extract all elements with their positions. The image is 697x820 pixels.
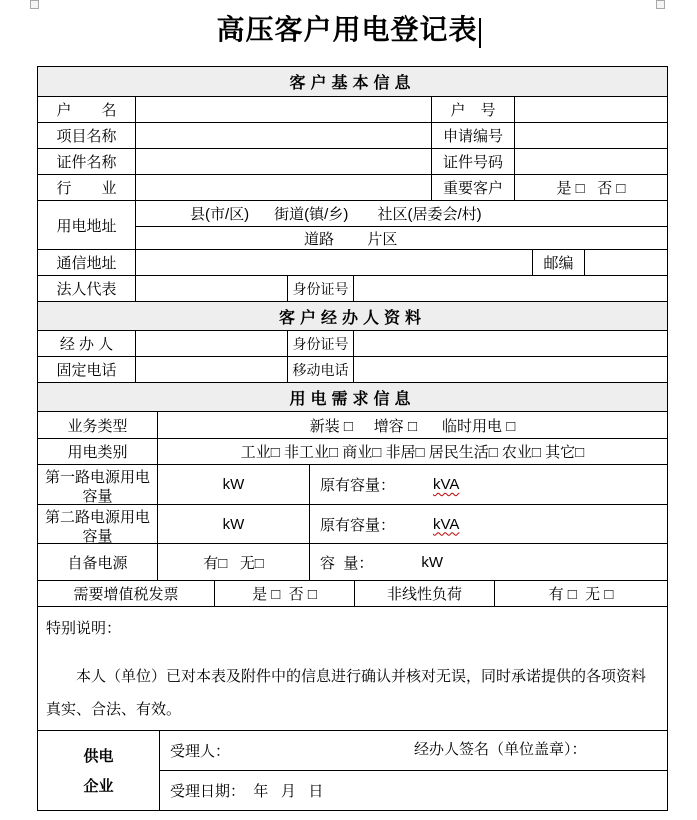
label-electricity-category: 用电类别 (38, 439, 158, 464)
label-nonlinear-load: 非线性负荷 (355, 581, 495, 606)
label-power-supply-line1: 供电 (83, 745, 113, 766)
input-certificate-name[interactable] (136, 149, 432, 174)
label-customer-number: 户 号 (432, 97, 515, 122)
input-customer-number[interactable] (515, 97, 667, 122)
label-original-capacity: 原有容量： (320, 474, 395, 495)
input-address-road-area[interactable]: 道路 片区 (136, 227, 667, 249)
label-mobile-phone: 移动电话 (288, 357, 354, 382)
input-first-source-kw[interactable]: kW (158, 465, 310, 504)
label-legal-representative: 法人代表 (38, 276, 136, 301)
registration-form-table: 客户基本信息 户 名 户 号 项目名称 申请编号 证件名称 证件号码 行 业 重… (37, 66, 668, 811)
input-zip-code[interactable] (585, 250, 667, 275)
input-legal-representative[interactable] (136, 276, 288, 301)
table-row: 法人代表 身份证号 (38, 276, 667, 302)
table-row: 第一路电源用电容量 kW 原有容量： kVA (38, 465, 667, 505)
section-header-basic-info: 客户基本信息 (38, 67, 667, 97)
label-original-capacity: 原有容量： (320, 514, 395, 535)
table-row: 户 名 户 号 (38, 97, 667, 123)
label-industry: 行 业 (38, 175, 136, 200)
acceptance-section: 供电 企业 受理人： 受理日期： 年 月 日 (38, 731, 667, 811)
input-landline-phone[interactable] (136, 357, 288, 382)
acceptance-fields: 受理人： 受理日期： 年 月 日 (160, 731, 667, 810)
second-source-original-capacity[interactable]: 原有容量： kVA (310, 505, 667, 543)
label-capacity: 容 量： (320, 552, 373, 573)
label-project-name: 项目名称 (38, 123, 136, 148)
table-row: 用电地址 县(市/区) 街道(镇/乡) 社区(居委会/村) 道路 片区 (38, 201, 667, 250)
label-agent-name: 经 办 人 (38, 331, 136, 356)
input-mobile-phone[interactable] (354, 357, 667, 382)
label-power-supply-enterprise: 供电 企业 (38, 731, 160, 810)
table-row: 行 业 重要客户 是 □ 否 □ (38, 175, 667, 201)
label-certificate-number: 证件号码 (432, 149, 515, 174)
input-application-number[interactable] (515, 123, 667, 148)
input-mailing-address[interactable] (136, 250, 533, 275)
table-row: 第二路电源用电容量 kW 原有容量： kVA (38, 505, 667, 544)
label-second-power-source-capacity: 第二路电源用电容量 (38, 505, 158, 543)
label-self-provided-power: 自备电源 (38, 544, 158, 580)
input-certificate-number[interactable] (515, 149, 667, 174)
label-agent-id-number: 身份证号 (288, 331, 354, 356)
label-first-power-source-capacity: 第一路电源用电容量 (38, 465, 158, 504)
input-acceptor-name[interactable]: 受理人： (160, 731, 667, 771)
input-legal-id-number[interactable] (354, 276, 667, 301)
label-electricity-address: 用电地址 (38, 201, 136, 249)
checkbox-vat-invoice-yes-no[interactable]: 是 □ 否 □ (215, 581, 355, 606)
checkbox-nonlinear-load-yes-no[interactable]: 有 □ 无 □ (495, 581, 667, 606)
label-mailing-address: 通信地址 (38, 250, 136, 275)
label-vat-invoice-needed: 需要增值税发票 (38, 581, 215, 606)
label-certificate-name: 证件名称 (38, 149, 136, 174)
text-cursor (479, 18, 481, 48)
page-title: 高压客户用电登记表 (216, 8, 477, 48)
table-row: 固定电话 移动电话 (38, 357, 667, 383)
input-industry[interactable] (136, 175, 432, 200)
first-source-original-capacity[interactable]: 原有容量： kVA (310, 465, 667, 504)
electricity-address-fields: 县(市/区) 街道(镇/乡) 社区(居委会/村) 道路 片区 (136, 201, 667, 249)
table-row: 业务类型 新装 □ 增容 □ 临时用电 □ (38, 412, 667, 439)
table-row: 通信地址 邮编 (38, 250, 667, 276)
table-row: 自备电源 有□ 无□ 容 量： kW (38, 544, 667, 581)
section-header-demand-info: 用电需求信息 (38, 383, 667, 412)
label-power-supply-line2: 企业 (83, 775, 113, 796)
unit-kva: kVA (433, 516, 459, 533)
checkbox-important-customer-yes-no[interactable]: 是 □ 否 □ (515, 175, 667, 200)
self-power-capacity[interactable]: 容 量： kW (310, 544, 667, 580)
label-zip-code: 邮编 (533, 250, 585, 275)
label-application-number: 申请编号 (432, 123, 515, 148)
input-acceptance-date[interactable]: 受理日期： 年 月 日 (160, 771, 667, 811)
page-corner-mark-left (30, 0, 39, 9)
checkbox-business-type-options[interactable]: 新装 □ 增容 □ 临时用电 □ (158, 412, 667, 438)
table-row: 经 办 人 身份证号 (38, 331, 667, 357)
label-important-customer: 重要客户 (432, 175, 515, 200)
special-notes-body: 本人（单位）已对本表及附件中的信息进行确认并核对无误，同时承诺提供的各项资料真实… (46, 660, 659, 726)
input-project-name[interactable] (136, 123, 432, 148)
document-title-wrap: 高压客户用电登记表 (0, 0, 697, 58)
input-customer-name[interactable] (136, 97, 432, 122)
table-row: 用电类别 工业□ 非工业□ 商业□ 非居□ 居民生活□ 农业□ 其它□ (38, 439, 667, 465)
input-address-county-street-community[interactable]: 县(市/区) 街道(镇/乡) 社区(居委会/村) (136, 201, 667, 227)
table-row: 项目名称 申请编号 (38, 123, 667, 149)
input-agent-id-number[interactable] (354, 331, 667, 356)
label-legal-id-number: 身份证号 (288, 276, 354, 301)
table-row: 证件名称 证件号码 (38, 149, 667, 175)
unit-kw: kW (421, 554, 443, 571)
label-business-type: 业务类型 (38, 412, 158, 438)
section-header-agent-info: 客户经办人资料 (38, 302, 667, 331)
special-notes-title: 特别说明： (46, 617, 659, 638)
checkbox-electricity-category-options[interactable]: 工业□ 非工业□ 商业□ 非居□ 居民生活□ 农业□ 其它□ (158, 439, 667, 464)
label-landline-phone: 固定电话 (38, 357, 136, 382)
input-second-source-kw[interactable]: kW (158, 505, 310, 543)
page-corner-mark-right (656, 0, 665, 9)
label-customer-name: 户 名 (38, 97, 136, 122)
checkbox-self-power-yes-no[interactable]: 有□ 无□ (158, 544, 310, 580)
unit-kva: kVA (433, 476, 459, 493)
special-notes-section: 特别说明： 本人（单位）已对本表及附件中的信息进行确认并核对无误，同时承诺提供的… (38, 607, 667, 731)
table-row: 需要增值税发票 是 □ 否 □ 非线性负荷 有 □ 无 □ (38, 581, 667, 607)
input-agent-name[interactable] (136, 331, 288, 356)
